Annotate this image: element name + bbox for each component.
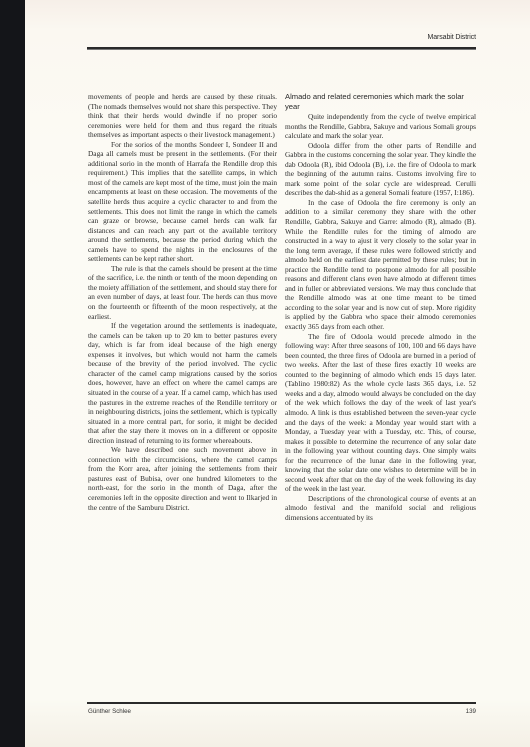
right-text-column: Almado and related ceremonies which mark… xyxy=(285,92,476,523)
paragraph: Quite independently from the cycle of tw… xyxy=(285,112,476,141)
footer-author: Günther Schlee xyxy=(88,708,131,715)
section-heading: Almado and related ceremonies which mark… xyxy=(285,92,476,112)
header-rule xyxy=(87,47,476,50)
paragraph: Odoola differ from the other parts of Re… xyxy=(285,141,476,198)
book-binding-edge xyxy=(0,0,25,747)
page-number: 139 xyxy=(440,708,476,715)
paragraph: We have described one such movement abov… xyxy=(88,445,277,512)
left-text-column: movements of people and herds are caused… xyxy=(88,92,277,512)
paragraph: movements of people and herds are caused… xyxy=(88,92,277,140)
footer-rule xyxy=(87,702,476,704)
paragraph: The rule is that the camels should be pr… xyxy=(88,264,277,321)
paragraph: If the vegetation around the settlements… xyxy=(88,321,277,445)
paragraph: For the sorios of the months Sondeer I, … xyxy=(88,140,277,264)
paragraph: Descriptions of the chronological course… xyxy=(285,494,476,523)
running-header-title: Marsabit District xyxy=(83,34,476,41)
paragraph: The fire of Odoola would precede almodo … xyxy=(285,332,476,494)
paragraph: In the case of Odoola the fire ceremony … xyxy=(285,198,476,332)
